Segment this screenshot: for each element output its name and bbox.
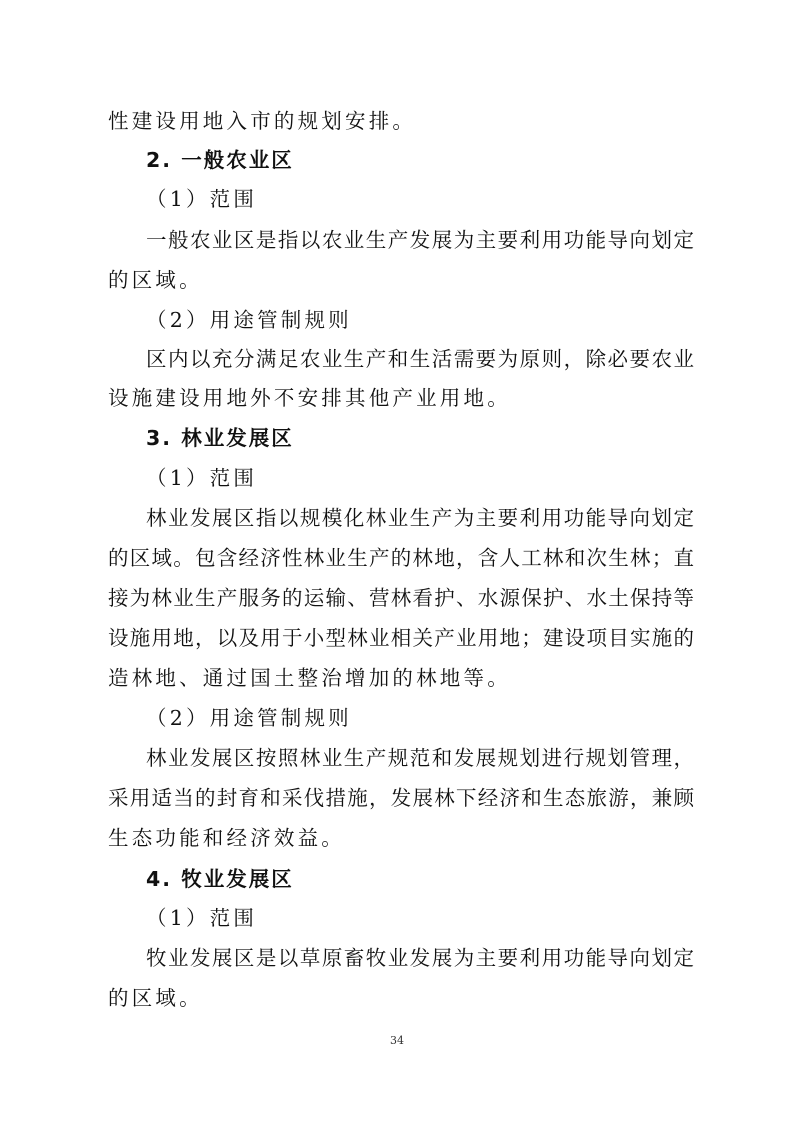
paragraph-line: 生态功能和经济效益。: [108, 824, 694, 852]
subheading-scope: （1）范围: [146, 185, 732, 213]
subheading-use-control: （2）用途管制规则: [146, 704, 732, 732]
page-number: 34: [0, 1034, 794, 1047]
paragraph-line: 的区域。: [108, 266, 694, 294]
paragraph-line: 的区域。包含经济性林业生产的林地，含人工林和次生林；直: [108, 544, 694, 572]
subheading-scope: （1）范围: [146, 464, 732, 492]
paragraph-line: 一般农业区是指以农业生产发展为主要利用功能导向划定: [146, 226, 694, 254]
subheading-scope: （1）范围: [146, 904, 732, 932]
section-heading-general-agriculture: 2. 一般农业区: [146, 146, 732, 174]
section-heading-forestry: 3. 林业发展区: [146, 424, 732, 452]
subheading-use-control: （2）用途管制规则: [146, 306, 732, 334]
paragraph-line: 林业发展区按照林业生产规范和发展规划进行规划管理，: [146, 744, 694, 772]
paragraph-line: 设施建设用地外不安排其他产业用地。: [108, 384, 694, 412]
paragraph-line: 区内以充分满足农业生产和生活需要为原则，除必要农业: [146, 345, 694, 373]
paragraph-line: 造林地、通过国土整治增加的林地等。: [108, 664, 694, 692]
paragraph-line: 的区域。: [108, 984, 694, 1012]
paragraph-continuation: 性建设用地入市的规划安排。: [108, 107, 694, 135]
section-heading-pastoral: 4. 牧业发展区: [146, 865, 732, 893]
paragraph-line: 林业发展区指以规模化林业生产为主要利用功能导向划定: [146, 504, 694, 532]
paragraph-line: 设施用地，以及用于小型林业相关产业用地；建设项目实施的: [108, 624, 694, 652]
paragraph-line: 接为林业生产服务的运输、营林看护、水源保护、水土保持等: [108, 584, 694, 612]
paragraph-line: 牧业发展区是以草原畜牧业发展为主要利用功能导向划定: [146, 944, 694, 972]
paragraph-line: 采用适当的封育和采伐措施，发展林下经济和生态旅游，兼顾: [108, 784, 694, 812]
